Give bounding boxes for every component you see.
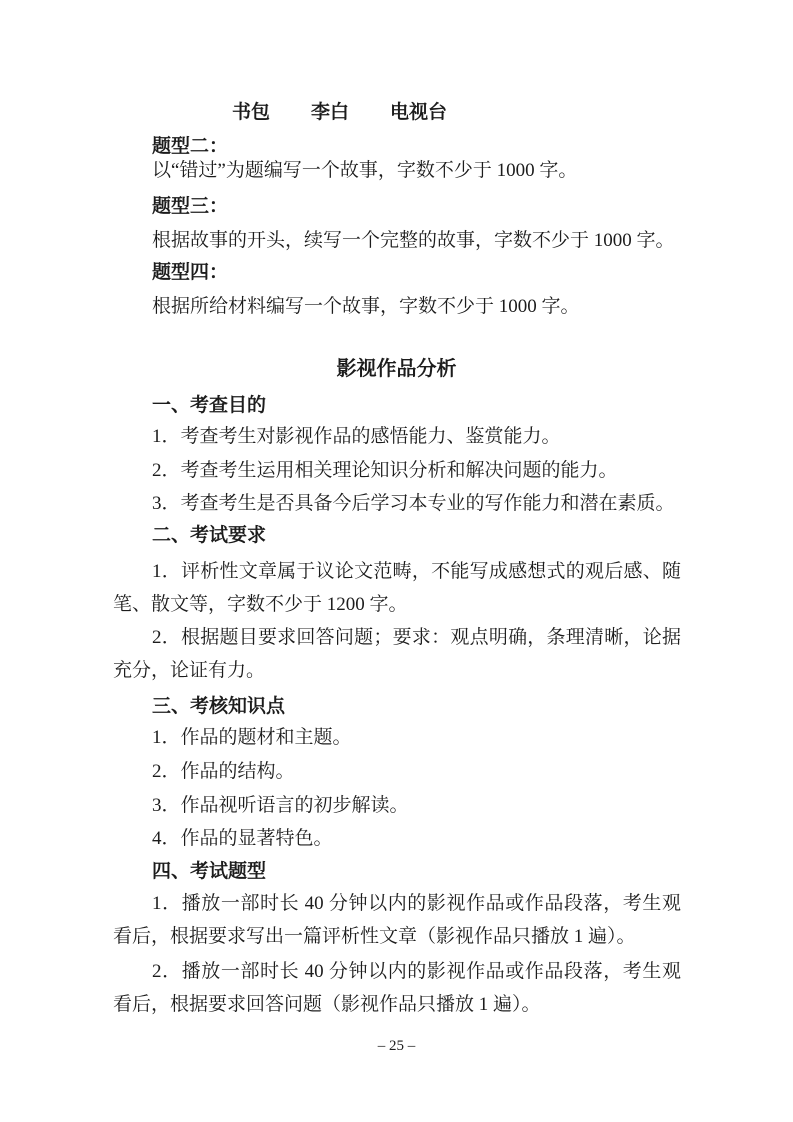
exam-question-type-2: 2．播放一部时长 40 分钟以内的影视作品或作品段落，考生观看后，根据要求回答问… bbox=[113, 955, 681, 1021]
document-page: 书包 李白 电视台 题型二： 以“错过”为题编写一个故事，字数不少于 1000 … bbox=[0, 0, 793, 1122]
knowledge-point-3: 3．作品视听语言的初步解读。 bbox=[113, 789, 681, 822]
answer-word-2: 李白 bbox=[311, 96, 349, 129]
knowledge-point-2: 2．作品的结构。 bbox=[113, 755, 681, 788]
knowledge-point-1: 1．作品的题材和主题。 bbox=[113, 721, 681, 754]
answer-words-row: 书包 李白 电视台 bbox=[113, 96, 793, 129]
answer-word-3: 电视台 bbox=[390, 96, 447, 129]
question-type-3-heading: 题型三： bbox=[113, 190, 681, 223]
exam-purpose-item-2: 2．考查考生运用相关理论知识分析和解决问题的能力。 bbox=[113, 454, 681, 487]
heading-exam-question-types: 四、考试题型 bbox=[113, 855, 681, 888]
exam-purpose-item-1: 1．考查考生对影视作品的感悟能力、鉴赏能力。 bbox=[113, 420, 681, 453]
question-type-2-body: 以“错过”为题编写一个故事，字数不少于 1000 字。 bbox=[113, 154, 681, 187]
knowledge-point-4: 4．作品的显著特色。 bbox=[113, 822, 681, 855]
question-type-4-body: 根据所给材料编写一个故事，字数不少于 1000 字。 bbox=[113, 290, 681, 323]
exam-requirements-item-1: 1．评析性文章属于议论文范畴，不能写成感想式的观后感、随笔、散文等，字数不少于 … bbox=[113, 555, 681, 621]
heading-exam-purpose: 一、考查目的 bbox=[113, 389, 681, 422]
answer-word-1: 书包 bbox=[232, 96, 270, 129]
exam-question-type-1: 1．播放一部时长 40 分钟以内的影视作品或作品段落，考生观看后，根据要求写出一… bbox=[113, 887, 681, 953]
exam-purpose-item-3: 3．考查考生是否具备今后学习本专业的写作能力和潜在素质。 bbox=[113, 487, 681, 520]
section-title: 影视作品分析 bbox=[0, 353, 793, 386]
page-number: – 25 – bbox=[0, 1036, 793, 1056]
heading-exam-requirements: 二、考试要求 bbox=[113, 519, 681, 552]
exam-requirements-item-2: 2．根据题目要求回答问题；要求：观点明确，条理清晰，论据充分，论证有力。 bbox=[113, 621, 681, 687]
question-type-3-body: 根据故事的开头，续写一个完整的故事，字数不少于 1000 字。 bbox=[113, 224, 681, 257]
question-type-4-heading: 题型四： bbox=[113, 256, 681, 289]
heading-knowledge-points: 三、考核知识点 bbox=[113, 690, 681, 723]
